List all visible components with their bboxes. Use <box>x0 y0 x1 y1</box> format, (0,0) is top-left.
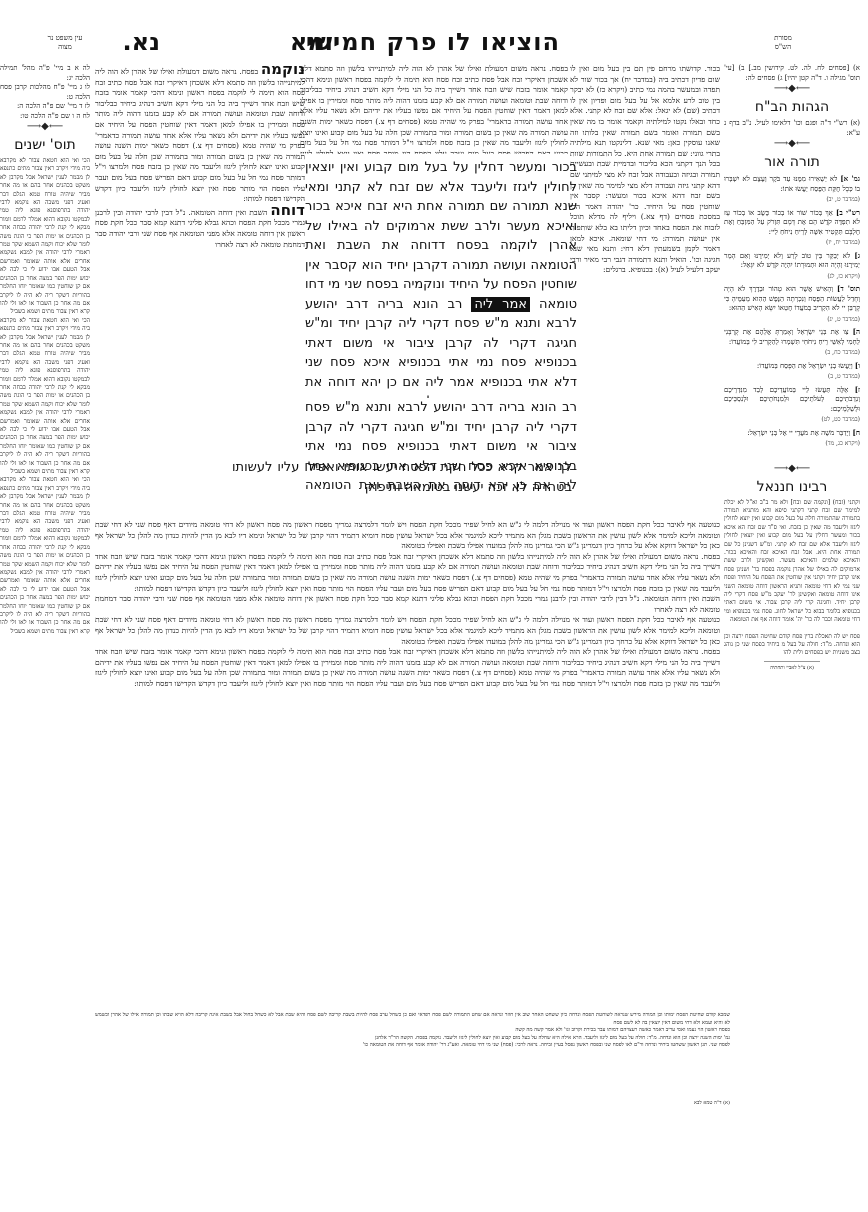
tosafot-yeshanim-title: תוס' ישנים <box>0 137 90 153</box>
tosafot-dibur-hamatchil: נוקמה <box>261 64 305 78</box>
gemara-text: בכור ומעשר דחלין על בעל מום קבוע ואין יו… <box>305 158 577 398</box>
right-margin-column: א) [פסחים לח. לה. לט. קידושין מב.] ב) [ע… <box>724 64 860 1104</box>
tosafot-yeshanim-text: הכי ואי הוא חטאת צבור לא מקרבא ביה מידי … <box>0 157 90 317</box>
tosafot-bottom-text: כנוטעה אף לאיבר ככל חקת הפסח ראשון ועוד … <box>95 520 720 552</box>
ein-mishpat-item: לה א ב מיי' פ"ה מהל' תמילה הלכה יג: <box>0 64 90 83</box>
rashi-column: בכור. קדושתו מרחם פין תם בין בעל מום ואי… <box>570 64 720 329</box>
ein-mishpat-item: לח ה ו שם פ"ה הלכה טו: <box>0 112 90 122</box>
ein-mishpat-label: עין משפט נר מצוה <box>40 34 90 52</box>
left-margin-column: לה א ב מיי' פ"ה מהל' תמילה הלכה יג: לו ג… <box>0 64 90 1104</box>
bottom-note-4: לפסח שני. תגן ראשון ששחטו ביחיד ונדחה ור… <box>95 1042 730 1050</box>
rabbeinu-chananel-footnote: (א) צ"ל לאביי ותחתיה <box>724 665 860 671</box>
selected-text-highlight[interactable]: אמר ליה <box>471 297 530 312</box>
ornament-divider: ⟵◆⟶ <box>724 463 860 475</box>
rabbeinu-chananel-note: פסח יש לה תאכלת ברין פסח קודם שחיטה הפסח… <box>724 633 860 658</box>
ein-mishpat-item: לו ג מיי' פ"ח מהלכות קרבן פסח הלכה ט: <box>0 83 90 102</box>
torah-or-item: רש"י ב] אַךְ בְּכוֹר שׁוֹר אוֹ בְכוֹר כֶ… <box>724 208 860 248</box>
torah-or-item: ז] אֵלֶּה תַּעֲשׂוּ לַיי בְּמוֹעֲדֵיכֶם … <box>724 385 860 425</box>
ornament-divider: ⟵◆⟶ <box>724 83 860 95</box>
ein-mishpat-item: לז ד מיי' שם פ"ה הלכה ה: <box>0 102 90 112</box>
bottom-note-1: שמכא קודם שחיטת הפסח ימותו וכן המורה מיר… <box>95 1012 730 1027</box>
ornament-divider: ⟵◆⟶ <box>724 138 860 150</box>
torah-or-list: גמ' א] לא יַשְׁאִירוּ מִמֶּנּוּ עַד בֹּק… <box>724 174 860 449</box>
ein-mishpat-list: לה א ב מיי' פ"ה מהל' תמילה הלכה יג: לו ג… <box>0 64 90 121</box>
page-header: מסורת הש"ס הוציאו לו פרק חמישי יומא נא. … <box>40 28 840 58</box>
bottom-footnote: (א) ד"ה טמא לבא <box>420 1100 730 1110</box>
tractate-title: יומא <box>290 28 340 56</box>
torah-or-item: ג] לֹא יְבַקֵּר בֵּין טוֹב לָרַע וְלֹא י… <box>724 251 860 282</box>
hagahot-bach-title: הגהות הב"ח <box>724 99 860 115</box>
bottom-note-2: כפסח ראשון הוי נעמו ואסי עריב דאמר כאשה … <box>95 1027 730 1035</box>
tosafot-text-1: נוקמה בפסח. נראה משום דמעולת ואילו של אה… <box>95 64 305 205</box>
gemara-text-end: לך אמר קרא ככל חקת הפסח יעשו אותו ואפילו… <box>232 458 572 497</box>
talmud-page: מסורת הש"ס הוציאו לו פרק חמישי יומא נא. … <box>0 0 868 1212</box>
chapter-title: הוציאו לו פרק חמישי <box>306 28 560 56</box>
masoret-hashas-label: מסורת הש"ס <box>766 34 800 52</box>
daf-number: נא. <box>123 28 160 56</box>
torah-or-item: ה] צַו אֶת בְּנֵי יִשְׂרָאֵל וְאָמַרְתָּ… <box>724 327 860 358</box>
gemara-main-upper: בכור ומעשר דחלין על בעל מום קבוע ואין יו… <box>305 158 577 398</box>
tosafot-upper-span: בפסח. נראה משום דמעולת ואילו של אהרן לא … <box>300 64 568 154</box>
tosafot-wide-span: כנוטעה אף לאיבר ככל חקת הפסח ראשון ועוד … <box>95 520 720 990</box>
hagahot-bach-text: (א) רש"י ד"ה ופגם וכו' דלאימו לעיל. נ"ב … <box>724 119 860 138</box>
torah-or-item: ו] וְיַעֲשׂוּ בְנֵי יִשְׂרָאֵל אֶת הַפָּ… <box>724 361 860 382</box>
rabbeinu-chananel-text: וקתני (זבח) [ונקמה שם ובח] ולא מר ב"ב וא… <box>724 499 860 625</box>
gemara-main-lower: לך אמר קרא ככל חקת הפסח יעשו אותו ואפילו… <box>232 458 572 518</box>
tosafot-column: נוקמה בפסח. נראה משום דמעולת ואילו של אה… <box>95 64 305 504</box>
torah-or-title: תורה אור <box>724 154 860 170</box>
torah-or-item: תוס' ד] וְהָאִישׁ אֲשֶׁר הוּא טָהוֹר וּב… <box>724 284 860 324</box>
bottom-note-3: גמ' ימות השנה ירצה וכן הוא ונדחה. מ"ד: ח… <box>95 1035 730 1043</box>
torah-or-item: גמ' א] לא יַשְׁאִירוּ מִמֶּנּוּ עַד בֹּק… <box>724 174 860 205</box>
footnote-rule <box>764 661 820 662</box>
torah-or-item: ח] וַיְדַבֵּר מֹשֶׁה אֶת מֹעֲדֵי יי אֶל … <box>724 428 860 449</box>
rashi-text: בכור. קדושתו מרחם פין תם בין בעל מום ואי… <box>570 64 720 276</box>
bottom-notes: שמכא קודם שחיטת הפסח ימותו וכן המורה מיר… <box>95 1012 730 1087</box>
tosafot-text-2: דוחה השבת ואין דוחה הטומאה. נ"ל דבין לרב… <box>95 205 305 250</box>
masoret-text: א) [פסחים לח. לה. לט. קידושין מב.] ב) [ע… <box>724 64 860 83</box>
ornament-divider: ⟵◆⟶ <box>0 121 90 133</box>
tosafot-dibur-hamatchil-2: דוחה <box>270 201 305 219</box>
rabbeinu-chananel-title: רבינו חננאל <box>724 479 860 495</box>
